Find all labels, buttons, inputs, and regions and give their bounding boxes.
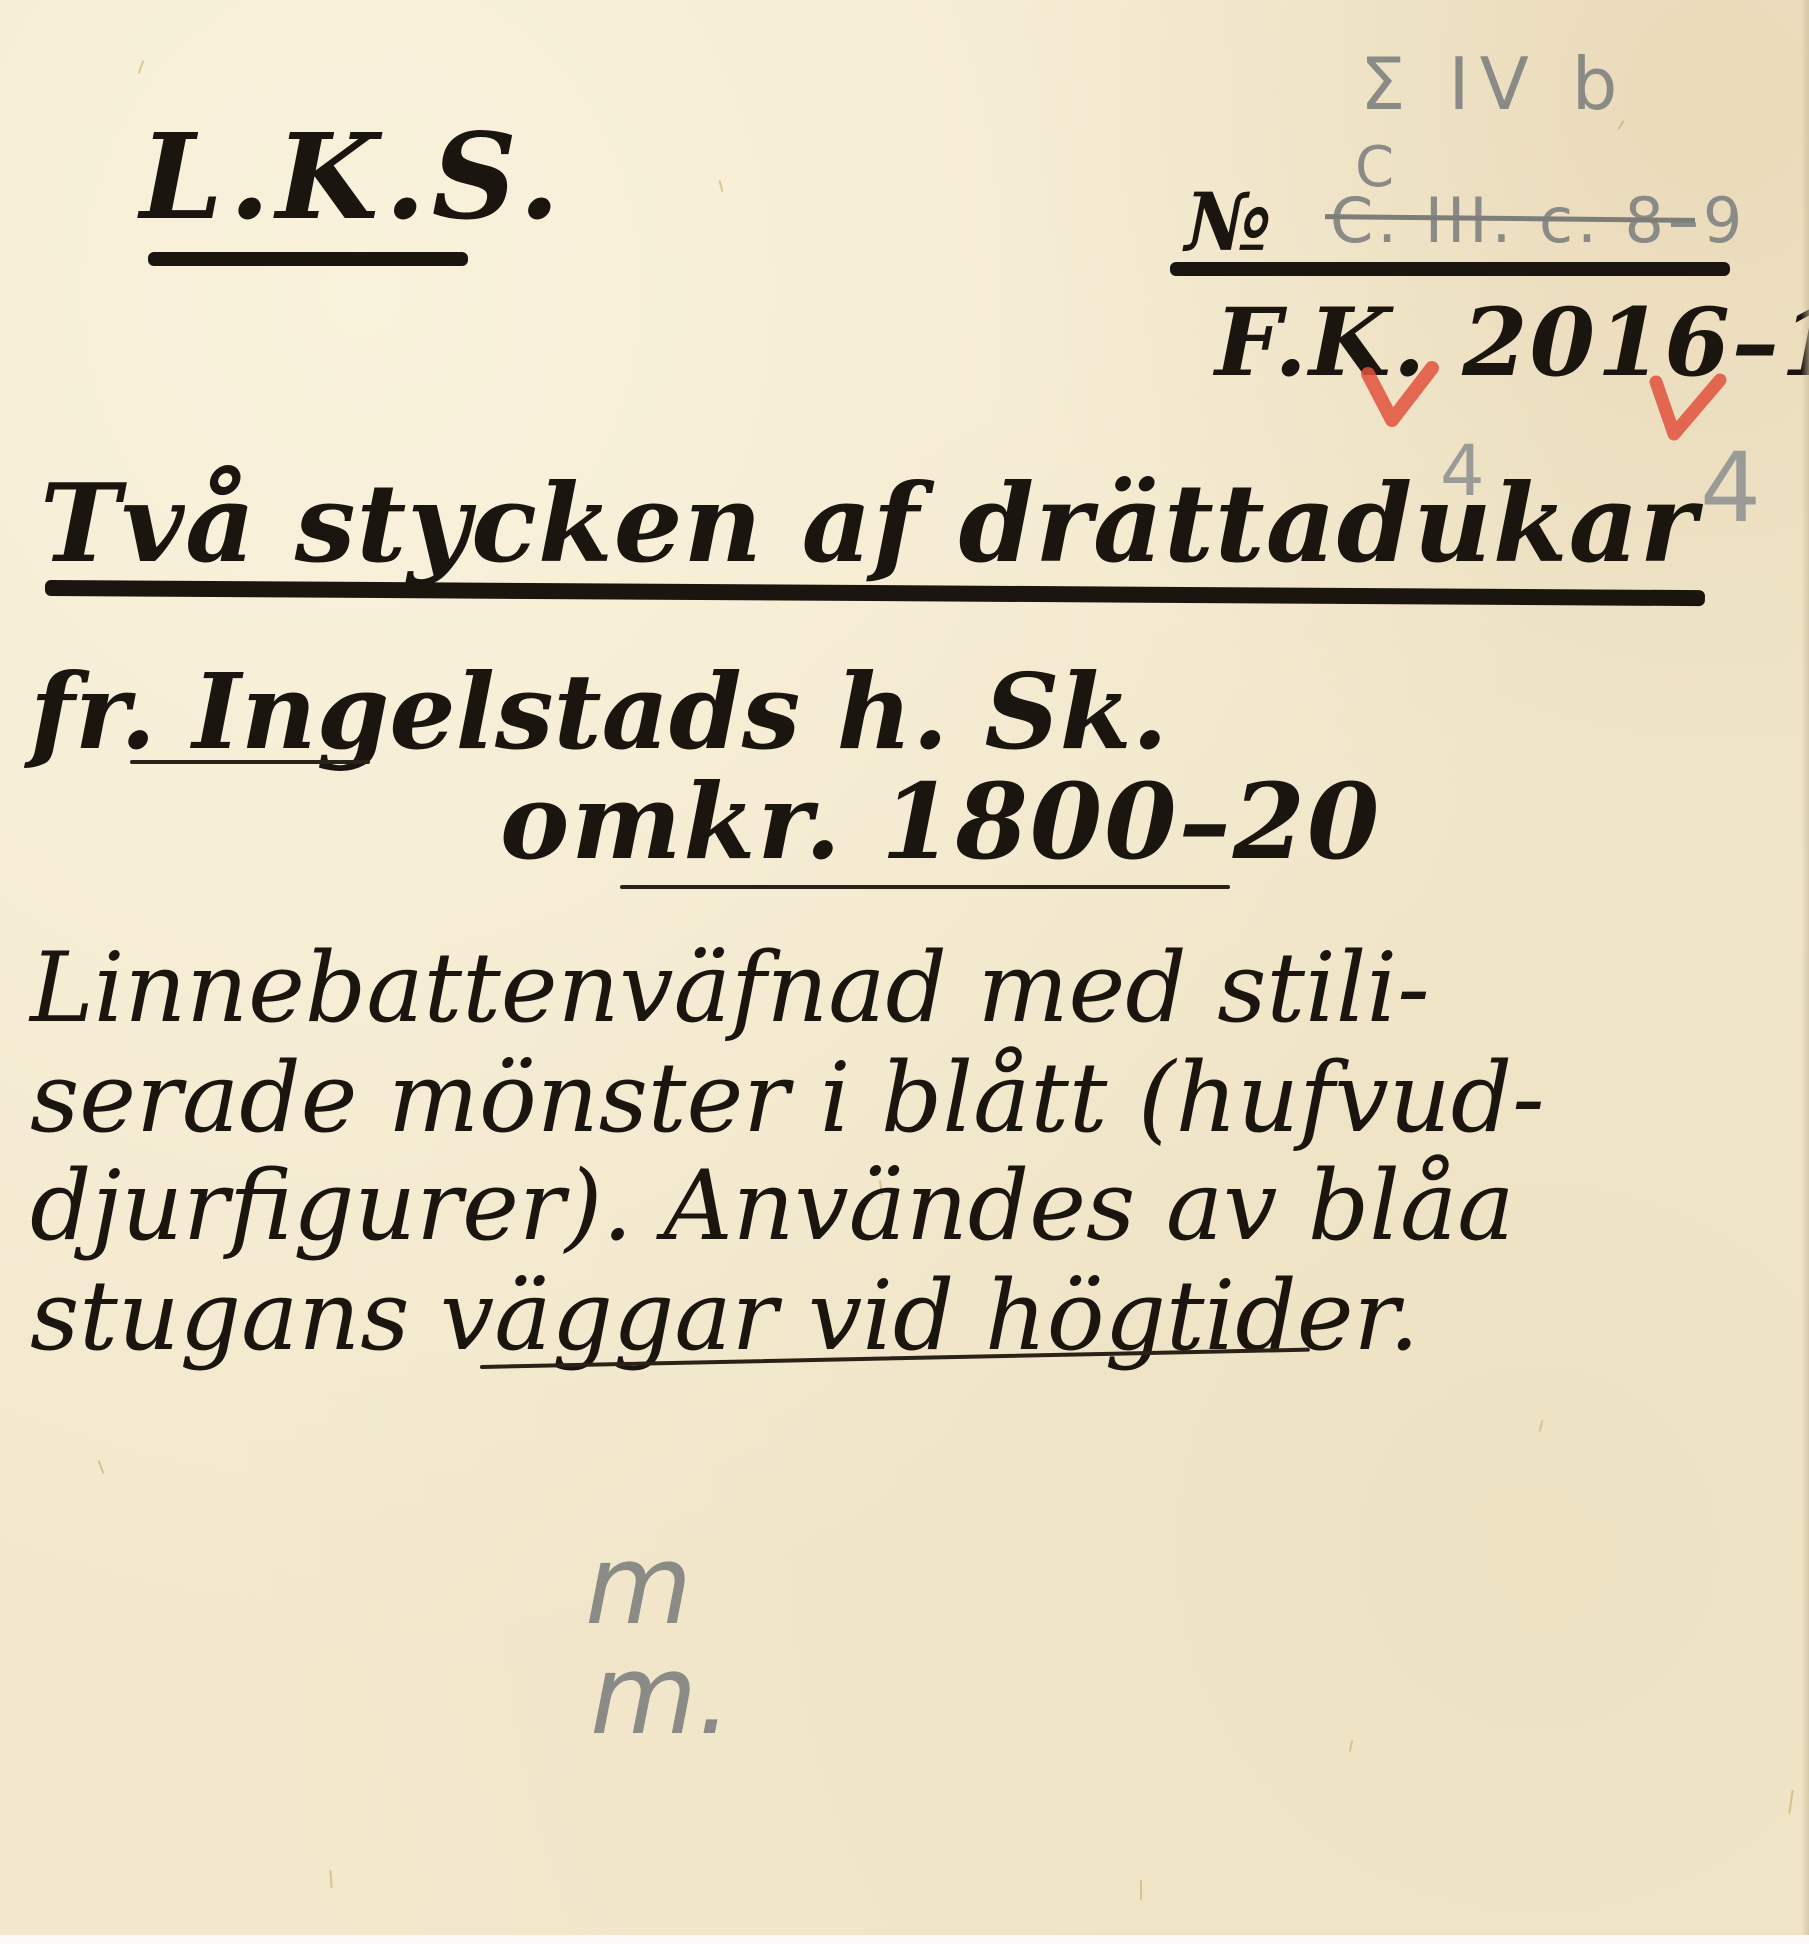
date-divider — [620, 885, 1230, 889]
number-underline — [1170, 262, 1730, 276]
paper-fiber — [138, 60, 145, 74]
red-check-mark-icon — [1360, 360, 1440, 430]
paper-fiber — [329, 1870, 332, 1888]
scan-border — [0, 1935, 1809, 1944]
description-line: djurfigurer). Användes av blåa — [30, 1158, 1514, 1254]
catalog-card: L.K.S. Σ IV b C № C. III. c. 8–9 F.K. 20… — [0, 0, 1809, 1935]
provenance: fr. Ingelstads h. Sk. — [30, 660, 1168, 764]
description-line: Linnebattenväfnad med stili- — [30, 940, 1430, 1036]
paper-fiber — [718, 180, 723, 192]
pencil-class-mark: Σ IV b — [1360, 48, 1627, 120]
pencil-initials: m — [585, 1530, 692, 1640]
provenance-flourish — [130, 760, 370, 764]
date: omkr. 1800–20 — [500, 770, 1381, 874]
collection-mark: L.K.S. — [140, 118, 566, 236]
paper-fiber — [1788, 1790, 1793, 1814]
paper-fiber — [1140, 1880, 1142, 1900]
number-label: № — [1185, 182, 1272, 262]
paper-fiber — [1538, 1420, 1543, 1432]
card-edge — [1801, 0, 1809, 1935]
object-title: Två stycken af drättadukar — [40, 470, 1698, 578]
paper-fiber — [1349, 1740, 1353, 1752]
collection-mark-underline — [148, 252, 468, 266]
pencil-initials: m. — [590, 1640, 732, 1750]
paper-fiber — [98, 1460, 105, 1474]
description-line: serade mönster i blått (hufvud- — [30, 1050, 1545, 1146]
pencil-annotation: 4 — [1700, 440, 1761, 536]
